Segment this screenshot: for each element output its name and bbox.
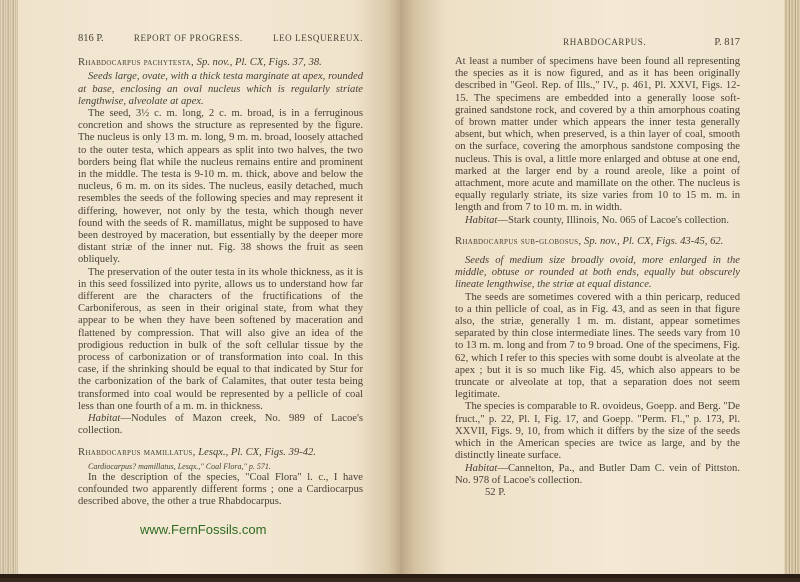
habitat-label: Habitat: [88, 413, 120, 424]
right-page-text: At least a number of specimens have been…: [455, 56, 740, 499]
species-heading-sub-globosus: Rhabdocarpus sub-globosus, Sp. nov., Pl.…: [455, 236, 740, 248]
page-stack-left-edge: [0, 0, 18, 578]
habitat-text: —Stark county, Illinois, No. 065 of Laco…: [497, 215, 729, 226]
species-citation: Sp. nov., Pl. CX, Figs. 43-45, 62.: [584, 236, 723, 247]
book-bottom-edge: [0, 574, 800, 578]
habitat-label: Habitat: [465, 463, 497, 474]
species-synonym: Cardiocarpus? mamillatus, Lesqx.," Coal …: [78, 461, 363, 472]
body-paragraph: The species is comparable to R. ovoideus…: [455, 401, 740, 462]
species-name: Rhabdocarpus pachytesta,: [78, 57, 194, 68]
signature-mark: 52 P.: [455, 487, 740, 499]
left-page-text: 816 P. REPORT OF PROGRESS. LEO LESQUEREU…: [78, 32, 363, 508]
species-diagnosis: Seeds large, ovate, with a thick testa m…: [78, 71, 363, 108]
body-paragraph: The seed, 3½ c. m. long, 2 c. m. broad, …: [78, 108, 363, 267]
watermark-link[interactable]: www.FernFossils.com: [140, 522, 266, 537]
habitat-label: Habitat: [465, 215, 497, 226]
author-name: LEO LESQUEREUX.: [273, 32, 363, 44]
body-paragraph: The preservation of the outer testa in i…: [78, 267, 363, 413]
species-diagnosis: Seeds of medium size broadly ovoid, more…: [455, 255, 740, 292]
species-heading-pachytesta: Rhabdocarpus pachytesta, Sp. nov., Pl. C…: [78, 57, 363, 69]
body-paragraph: The seeds are sometimes covered with a t…: [455, 292, 740, 402]
species-name: Rhabdocarpus mamillatus,: [78, 447, 196, 458]
left-page-number: 816 P.: [78, 33, 104, 45]
right-page-number: P. 817: [714, 37, 740, 48]
habitat-paragraph: Habitat—Stark county, Illinois, No. 065 …: [455, 215, 740, 227]
species-name: Rhabdocarpus sub-globosus,: [455, 236, 581, 247]
left-running-head: 816 P. REPORT OF PROGRESS. LEO LESQUEREU…: [78, 32, 363, 45]
habitat-text: —Nodules of Mazon creek, No. 989 of Laco…: [78, 413, 363, 436]
habitat-paragraph: Habitat—Nodules of Mazon creek, No. 989 …: [78, 413, 363, 437]
page-stack-right-edge: [784, 0, 800, 578]
species-heading-mamillatus: Rhabdocarpus mamillatus, Lesqx., Pl. CX,…: [78, 447, 363, 459]
species-citation: Sp. nov., Pl. CX, Figs. 37, 38.: [197, 57, 322, 68]
body-paragraph: In the description of the species, "Coal…: [78, 472, 363, 509]
section-title: RHABDOCARPUS.: [495, 37, 714, 47]
body-paragraph: At least a number of specimens have been…: [455, 56, 740, 215]
habitat-paragraph: Habitat—Cannelton, Pa., and Butler Dam C…: [455, 463, 740, 487]
habitat-text: —Cannelton, Pa., and Butler Dam C. vein …: [455, 463, 740, 486]
open-book: 816 P. REPORT OF PROGRESS. LEO LESQUEREU…: [0, 0, 800, 578]
right-running-head: RHABDOCARPUS. P. 817: [455, 37, 740, 48]
species-citation: Lesqx., Pl. CX, Figs. 39-42.: [198, 447, 316, 458]
report-title: REPORT OF PROGRESS.: [134, 32, 243, 44]
